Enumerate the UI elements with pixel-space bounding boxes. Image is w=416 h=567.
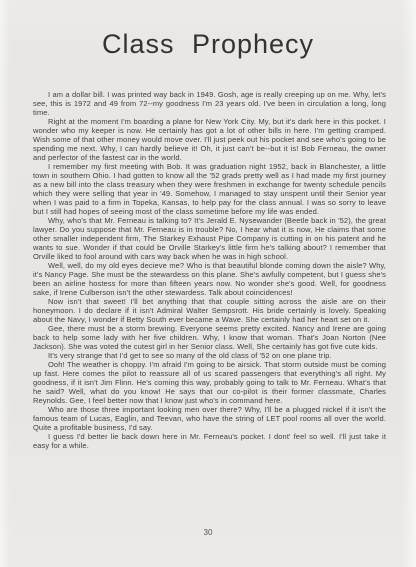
yearbook-page: Class Prophecy I am a dollar bill. I was… [0,0,416,567]
prophecy-paragraph: Ooh! The weather is choppy. I'm afraid I… [33,360,386,405]
page-number: 30 [0,528,416,537]
prophecy-paragraph: Why, who's that Mr. Ferneau is talking t… [33,216,386,261]
prophecy-paragraph: Right at the moment I'm boarding a plane… [33,117,386,162]
prophecy-paragraph: It's very strange that I'd get to see so… [33,351,386,360]
prophecy-paragraph: Gee, there must be a storm brewing. Ever… [33,324,386,351]
prophecy-paragraph: Who are those three important looking me… [33,405,386,432]
prophecy-paragraph: Well, well, do my old eyes decieve me? W… [33,261,386,297]
prophecy-paragraph: I am a dollar bill. I was printed way ba… [33,90,386,117]
prophecy-paragraph: Now isn't that sweet! I'll bet anything … [33,297,386,324]
prophecy-paragraph: I remember my first meeting with Bob. It… [33,162,386,216]
prophecy-paragraph: I guess I'd better lie back down here in… [33,432,386,450]
prophecy-text: I am a dollar bill. I was printed way ba… [33,90,386,450]
page-title: Class Prophecy [0,0,416,60]
